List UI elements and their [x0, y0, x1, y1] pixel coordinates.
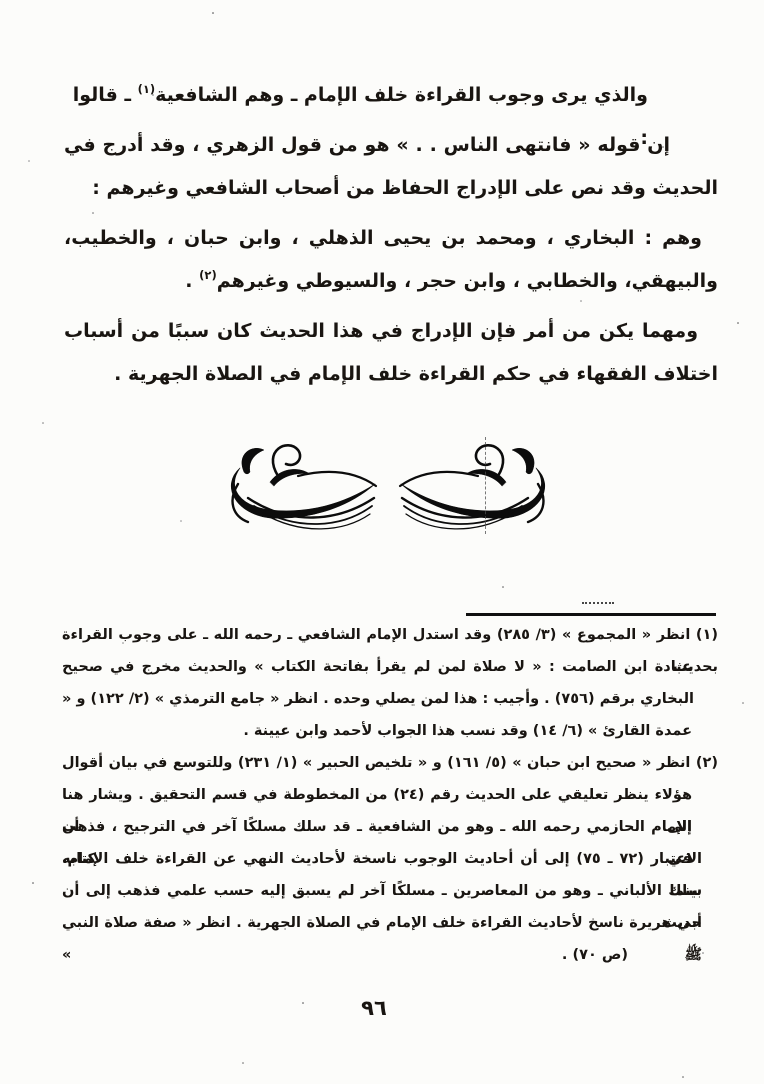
footnote-text: عمدة القارئ » (٦/ ١٤) وقد نسب هذا الجواب…: [243, 723, 692, 739]
footnote-text: عبادة ابن الصامت : « لا صلاة لمن لم يقرأ…: [62, 659, 692, 675]
body-line: الحديث وقد نص على الإدراج الحفاظ من أصحا…: [64, 167, 718, 210]
footnote-separator: [466, 613, 716, 616]
footnote-2-line: سلك الألباني ـ وهو من المعاصرين ـ مسلكًا…: [62, 875, 718, 907]
footnote-1-line: (١) انظر « المجموع » (٣/ ٢٨٥) وقد استدل …: [62, 619, 718, 651]
scan-noise-speckles: [0, 0, 2, 2]
body-line: ومهما يكن من أمر فإن الإدراج في هذا الحد…: [64, 310, 718, 353]
footnotes: (١) انظر « المجموع » (٣/ ٢٨٥) وقد استدل …: [62, 619, 718, 971]
scan-fold-artifact: [485, 437, 486, 534]
footnote-2-line: هؤلاء ينظر تعليقي على الحديث رقم (٢٤) من…: [62, 779, 718, 811]
body-line-text: والبيهقي، والخطابي ، وابن حجر ، والسيوطي…: [217, 270, 718, 292]
footnote-text: البخاري برقم (٧٥٦) . وأجيب : هذا لمن يصل…: [62, 691, 694, 707]
footnote-ref-2: (٢): [199, 268, 217, 282]
body-line: والبيهقي، والخطابي ، وابن حجر ، والسيوطي…: [64, 260, 718, 303]
footnote-ref-1: (١): [138, 82, 156, 96]
footnote-2-line: أبي هريرة ناسخ لأحاديث القراءة خلف الإما…: [62, 907, 718, 939]
body-line: والذي يرى وجوب القراءة خلف الإمام ـ وهم …: [64, 74, 718, 117]
footnote-text: (ص ٧٠) .: [562, 947, 628, 963]
body-line: وهم : البخاري ، ومحمد بن يحيى الذهلي ، و…: [64, 217, 718, 260]
body-line-text: وهم : البخاري ، ومحمد بن يحيى الذهلي ، و…: [64, 227, 702, 249]
body-line-text: ومهما يكن من أمر فإن الإدراج في هذا الحد…: [64, 320, 698, 342]
footnote-1-line: البخاري برقم (٧٥٦) . وأجيب : هذا لمن يصل…: [62, 683, 718, 715]
page-number: ٩٦: [0, 996, 756, 1020]
body-text: والذي يرى وجوب القراءة خلف الإمام ـ وهم …: [64, 74, 718, 396]
body-line-text: .: [185, 270, 199, 292]
footnote-2-line: (٢) انظر « صحيح ابن حبان » (٥/ ١٦١) و « …: [62, 747, 718, 779]
scanned-book-page: والذي يرى وجوب القراءة خلف الإمام ـ وهم …: [0, 0, 764, 1084]
body-line: اختلاف الفقهاء في حكم القراءة خلف الإمام…: [64, 353, 718, 396]
footnote-2-line: الاعتبار (٧٢ ـ ٧٥) إلى أن أحاديث الوجوب …: [62, 843, 718, 875]
body-line: إن قوله « فانتهى الناس . . » هو من قول ا…: [64, 124, 718, 167]
flourish-ornament-icon: [218, 441, 558, 533]
body-line-text: الحديث وقد نص على الإدراج الحفاظ من أصحا…: [92, 177, 718, 199]
footnote-text: (٢) انظر « صحيح ابن حبان » (٥/ ١٦١) و « …: [62, 755, 718, 771]
footnote-2-line: الإمام الحازمي رحمه الله ـ وهو من الشافع…: [62, 811, 718, 843]
separator-dash: [582, 602, 614, 604]
body-line-text: والذي يرى وجوب القراءة خلف الإمام ـ وهم …: [155, 84, 648, 106]
footnote-1-line: عمدة القارئ » (٦/ ١٤) وقد نسب هذا الجواب…: [62, 715, 718, 747]
body-line-text: إن قوله « فانتهى الناس . . » هو من قول ا…: [64, 134, 670, 156]
footnote-1-line: عبادة ابن الصامت : « لا صلاة لمن لم يقرأ…: [62, 651, 718, 683]
body-line-text: اختلاف الفقهاء في حكم القراءة خلف الإمام…: [114, 363, 718, 385]
